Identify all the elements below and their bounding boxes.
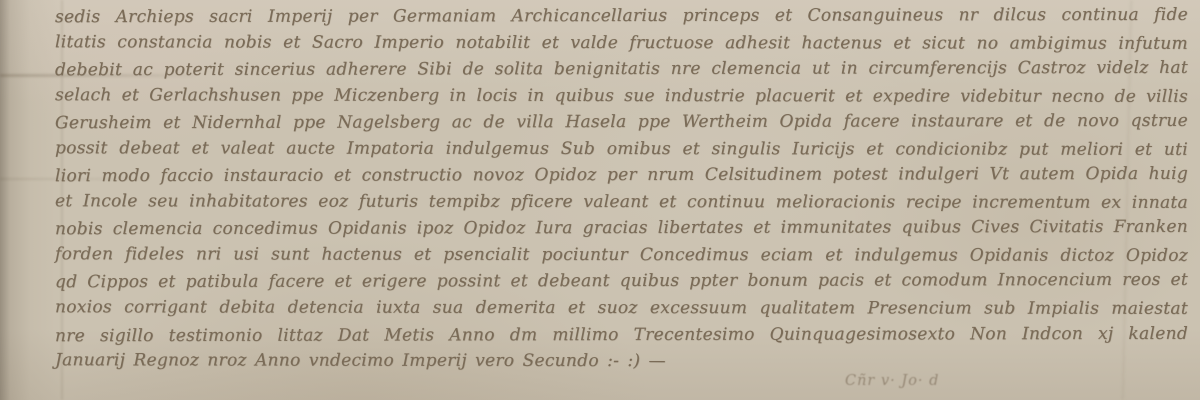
- manuscript-line: qd Cippos et patibula facere et erigere …: [55, 267, 1188, 296]
- manuscript-text-block: sedis Archieps sacri Imperij per Germani…: [55, 3, 1188, 375]
- manuscript-line: litatis constancia nobis et Sacro Imperi…: [55, 29, 1188, 57]
- manuscript-line: sedis Archieps sacri Imperij per Germani…: [55, 2, 1188, 31]
- manuscript-line: possit debeat et valeat aucte Impatoria …: [55, 135, 1188, 163]
- manuscript-line: noxios corrigant debita detencia iuxta s…: [55, 294, 1188, 322]
- manuscript-line: nre sigillo testimonio littaz Dat Metis …: [55, 320, 1188, 349]
- manuscript-line: et Incole seu inhabitatores eoz futuris …: [55, 188, 1188, 216]
- manuscript-line: Gerusheim et Nidernhal ppe Nagelsberg ac…: [55, 108, 1188, 137]
- manuscript-line: debebit ac poterit sincerius adherere Si…: [55, 55, 1188, 84]
- manuscript-line: selach et Gerlachshusen ppe Miczenberg i…: [55, 82, 1188, 110]
- manuscript-line: liori modo faccio instauracio et constru…: [55, 161, 1188, 190]
- manuscript-line: nobis clemencia concedimus Opidanis ipoz…: [55, 214, 1188, 243]
- chancery-note: Cñr v· Jo· d: [845, 373, 939, 389]
- manuscript-line-final: Januarij Regnoz nroz Anno vndecimo Imper…: [55, 347, 1188, 375]
- manuscript-line: forden fideles nri usi sunt hactenus et …: [55, 241, 1188, 269]
- manuscript-photo: sedis Archieps sacri Imperij per Germani…: [0, 0, 1200, 400]
